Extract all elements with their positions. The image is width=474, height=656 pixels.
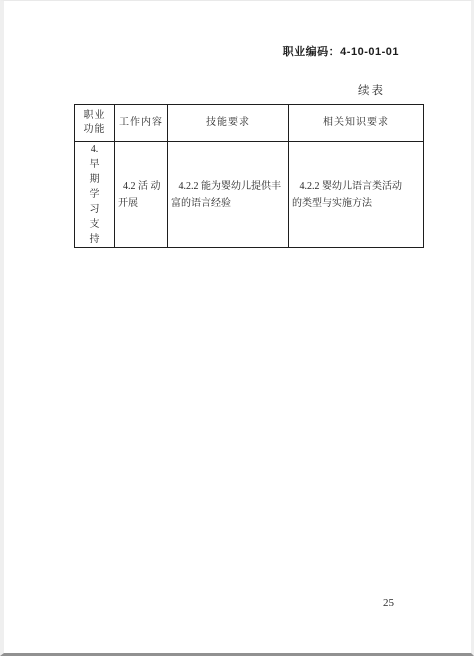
requirements-table: 职业 功能 工作内容 技能要求 相关知识要求 4. 早 期 学 习 支 持 4.…: [74, 104, 424, 248]
table-header-row: 职业 功能 工作内容 技能要求 相关知识要求: [75, 105, 424, 142]
document-page: 职业编码：4-10-01-01 续表 职业 功能 工作内容 技能要求 相关知识要…: [0, 0, 474, 656]
col-header-knowledge-requirements: 相关知识要求: [289, 105, 424, 142]
cell-occupational-function: 4. 早 期 学 习 支 持: [75, 142, 115, 248]
cell-skill-requirement: 4.2.2 能为婴幼儿提供丰 富的语言经验: [168, 142, 289, 248]
continued-table-label: 续表: [358, 82, 385, 98]
table-row: 4. 早 期 学 习 支 持 4.2 活 动 开展 4.2.2 能为婴幼儿提供丰…: [75, 142, 424, 248]
page-number: 25: [383, 597, 394, 609]
col-header-occupational-function: 职业 功能: [75, 105, 115, 142]
col-header-skill-requirements: 技能要求: [168, 105, 289, 142]
col-header-work-content: 工作内容: [115, 105, 168, 142]
occupation-code-label: 职业编码：4-10-01-01: [283, 43, 399, 59]
cell-work-content: 4.2 活 动 开展: [115, 142, 168, 248]
cell-knowledge-requirement: 4.2.2 婴幼儿语言类活动 的类型与实施方法: [289, 142, 424, 248]
